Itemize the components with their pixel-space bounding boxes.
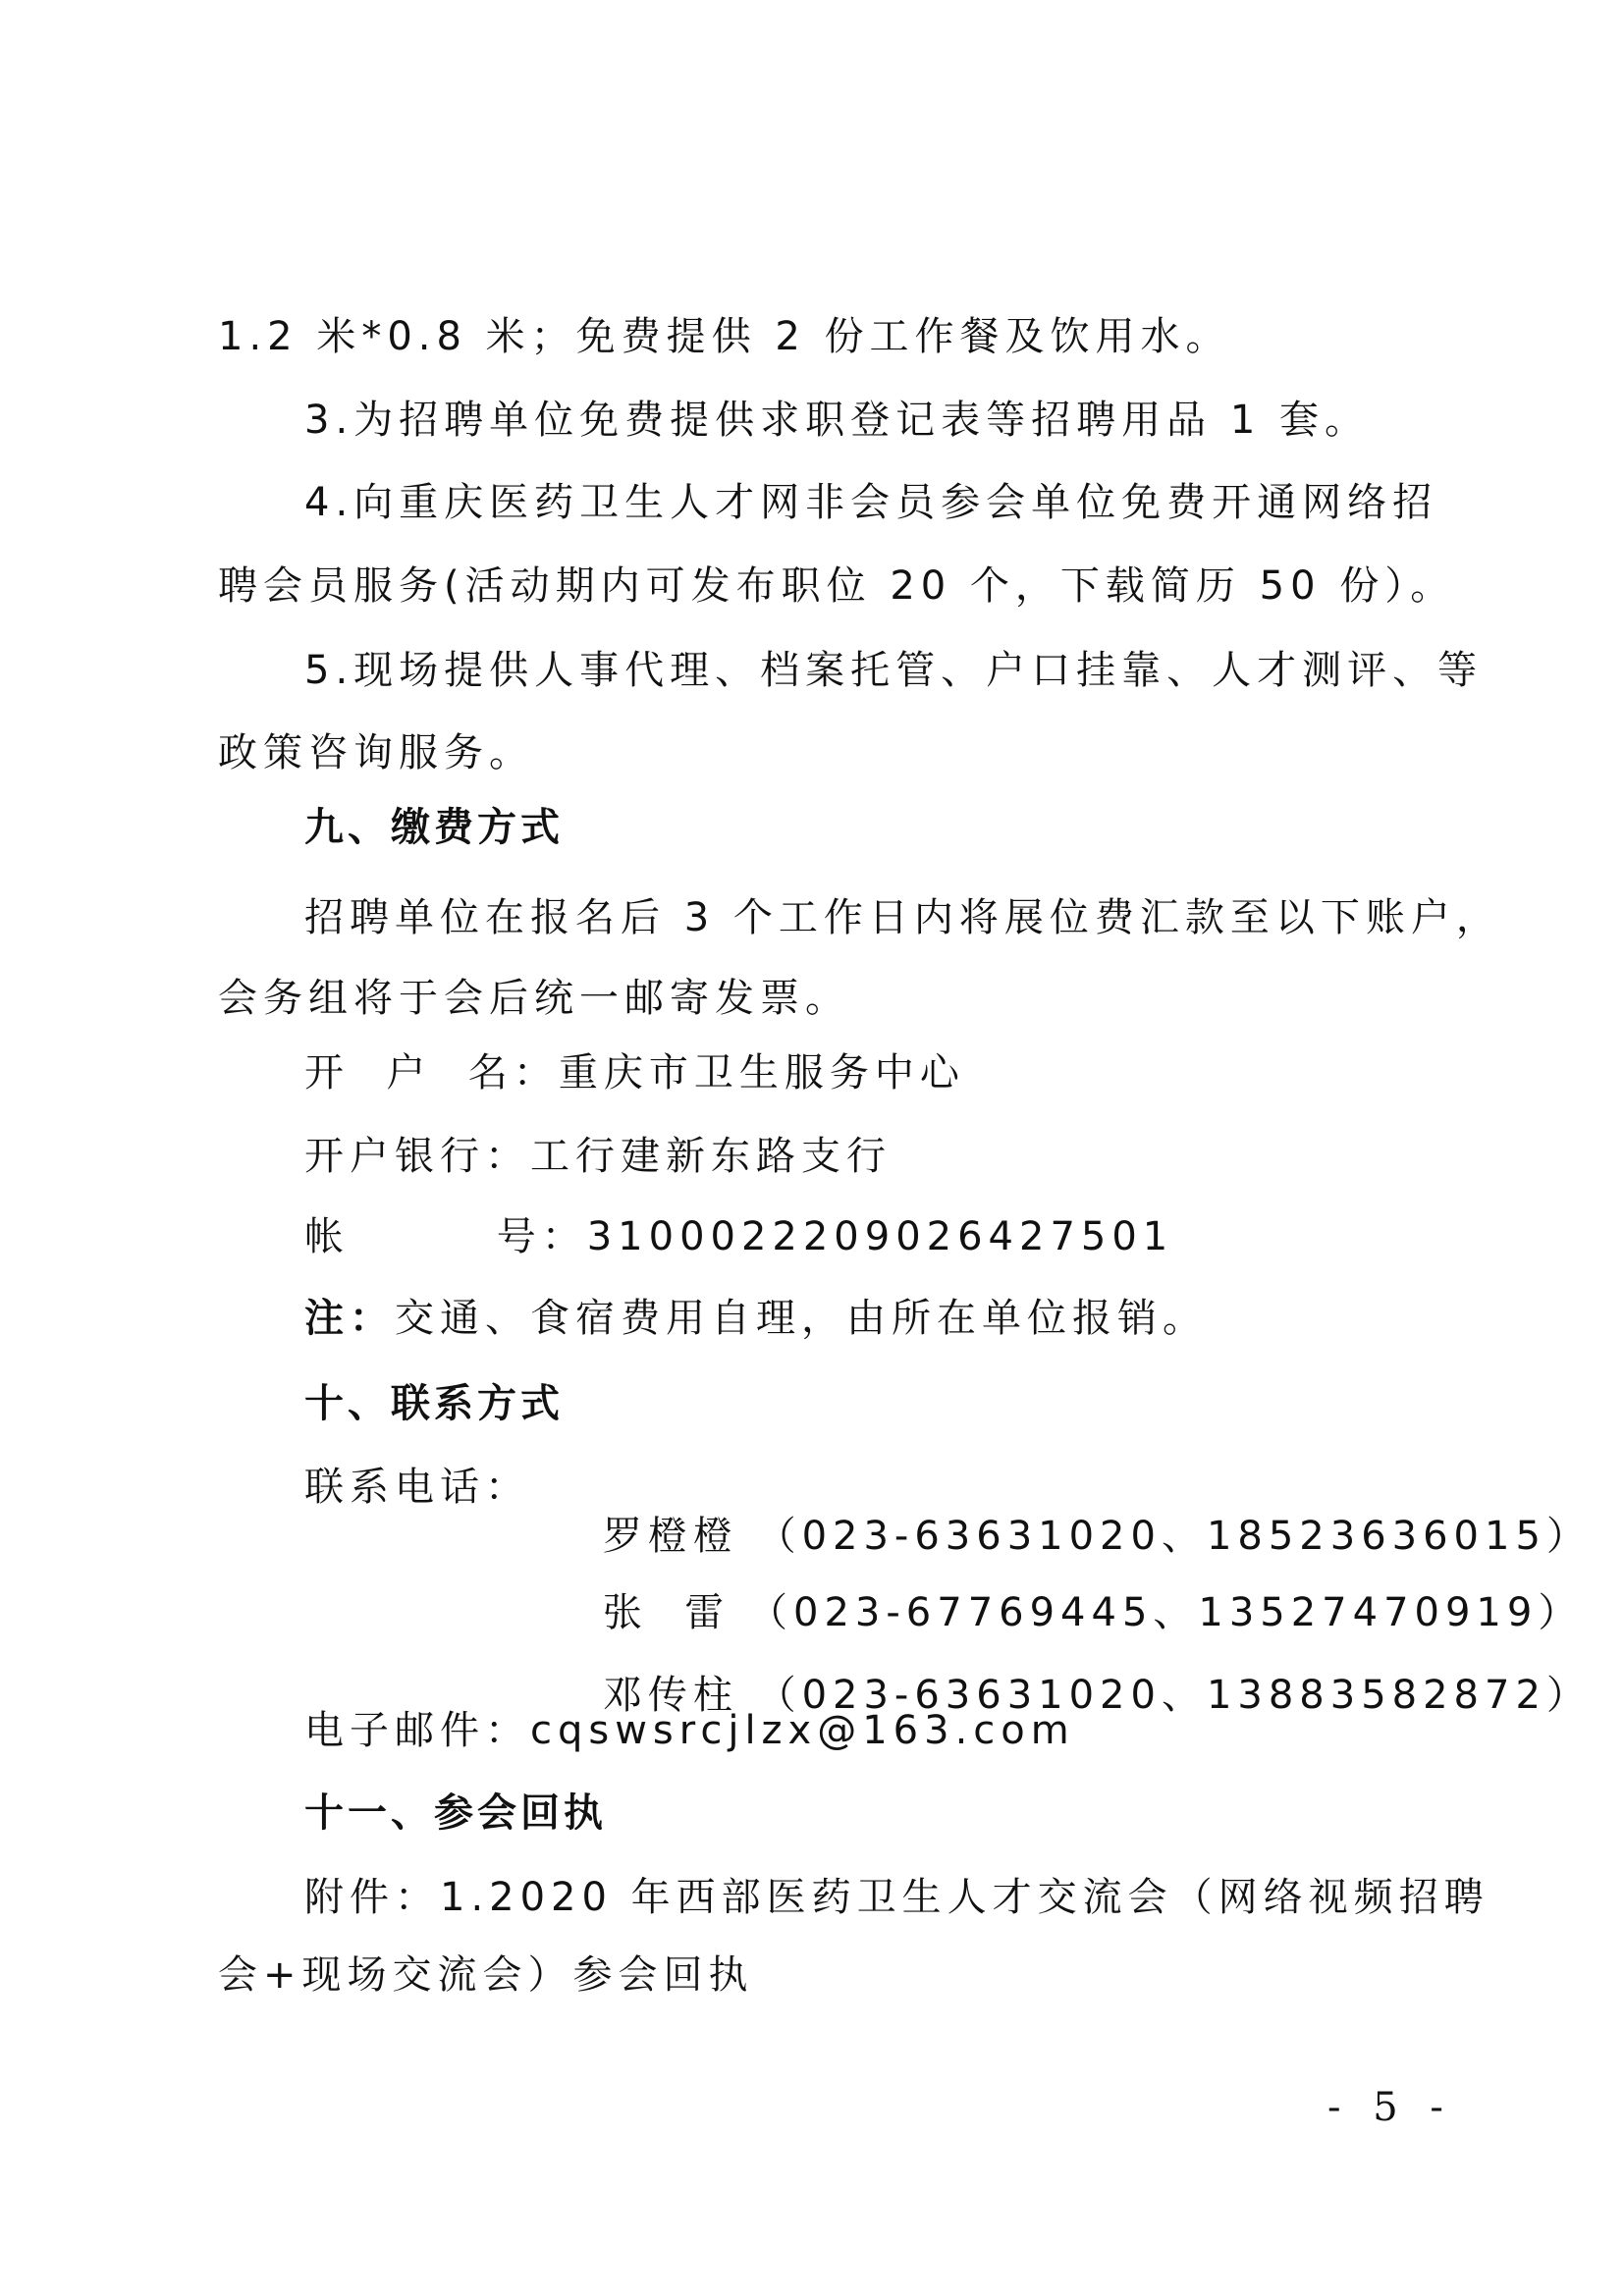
note: 注：交通、食宿费用自理，由所在单位报销。 [304, 1294, 1208, 1343]
contact-row: 张 雷 （023-67769445、13527470919） [529, 1539, 1583, 1588]
text-line: 1.2 米*0.8 米；免费提供 2 份工作餐及饮用水。 [218, 312, 1231, 361]
contact-row: 邓传柱 （023-63631020、13883582872） [529, 1622, 1592, 1671]
list-item-4-cont: 聘会员服务(活动期内可发布职位 20 个，下载简历 50 份）。 [218, 561, 1455, 611]
section-heading-payment: 九、缴费方式 [304, 803, 564, 852]
payment-paragraph-cont: 会务组将于会后统一邮寄发票。 [218, 974, 850, 1023]
section-heading-receipt: 十一、参会回执 [304, 1789, 607, 1838]
list-item-5-cont: 政策咨询服务。 [218, 728, 534, 777]
list-item-4: 4.向重庆医药卫生人才网非会员参会单位免费开通网络招 [304, 478, 1437, 527]
note-label: 注： [304, 1296, 395, 1341]
page-number: - 5 - [1327, 2083, 1453, 2132]
attachment-line-cont: 会+现场交流会）参会回执 [218, 1950, 754, 2000]
phone-label: 联系电话： [304, 1463, 530, 1512]
section-heading-contact: 十、联系方式 [304, 1379, 564, 1428]
email-line: 电子邮件：cqswsrcjlzx@163.com [304, 1706, 1075, 1755]
payment-paragraph: 招聘单位在报名后 3 个工作日内将展位费汇款至以下账户， [304, 893, 1501, 942]
account-number: 帐 号：3100022209026427501 [304, 1212, 1173, 1261]
note-text: 交通、食宿费用自理，由所在单位报销。 [395, 1296, 1208, 1341]
bank-name: 开户银行：工行建新东路支行 [304, 1132, 892, 1181]
contact-row: 罗橙橙 （023-63631020、18523636015） [529, 1463, 1592, 1512]
list-item-5: 5.现场提供人事代理、档案托管、户口挂靠、人才测评、等 [304, 646, 1483, 695]
attachment-line: 附件：1.2020 年西部医药卫生人才交流会（网络视频招聘 [304, 1873, 1489, 1922]
account-name: 开 户 名：重庆市卫生服务中心 [304, 1048, 965, 1097]
list-item-3: 3.为招聘单位免费提供求职登记表等招聘用品 1 套。 [304, 396, 1370, 445]
